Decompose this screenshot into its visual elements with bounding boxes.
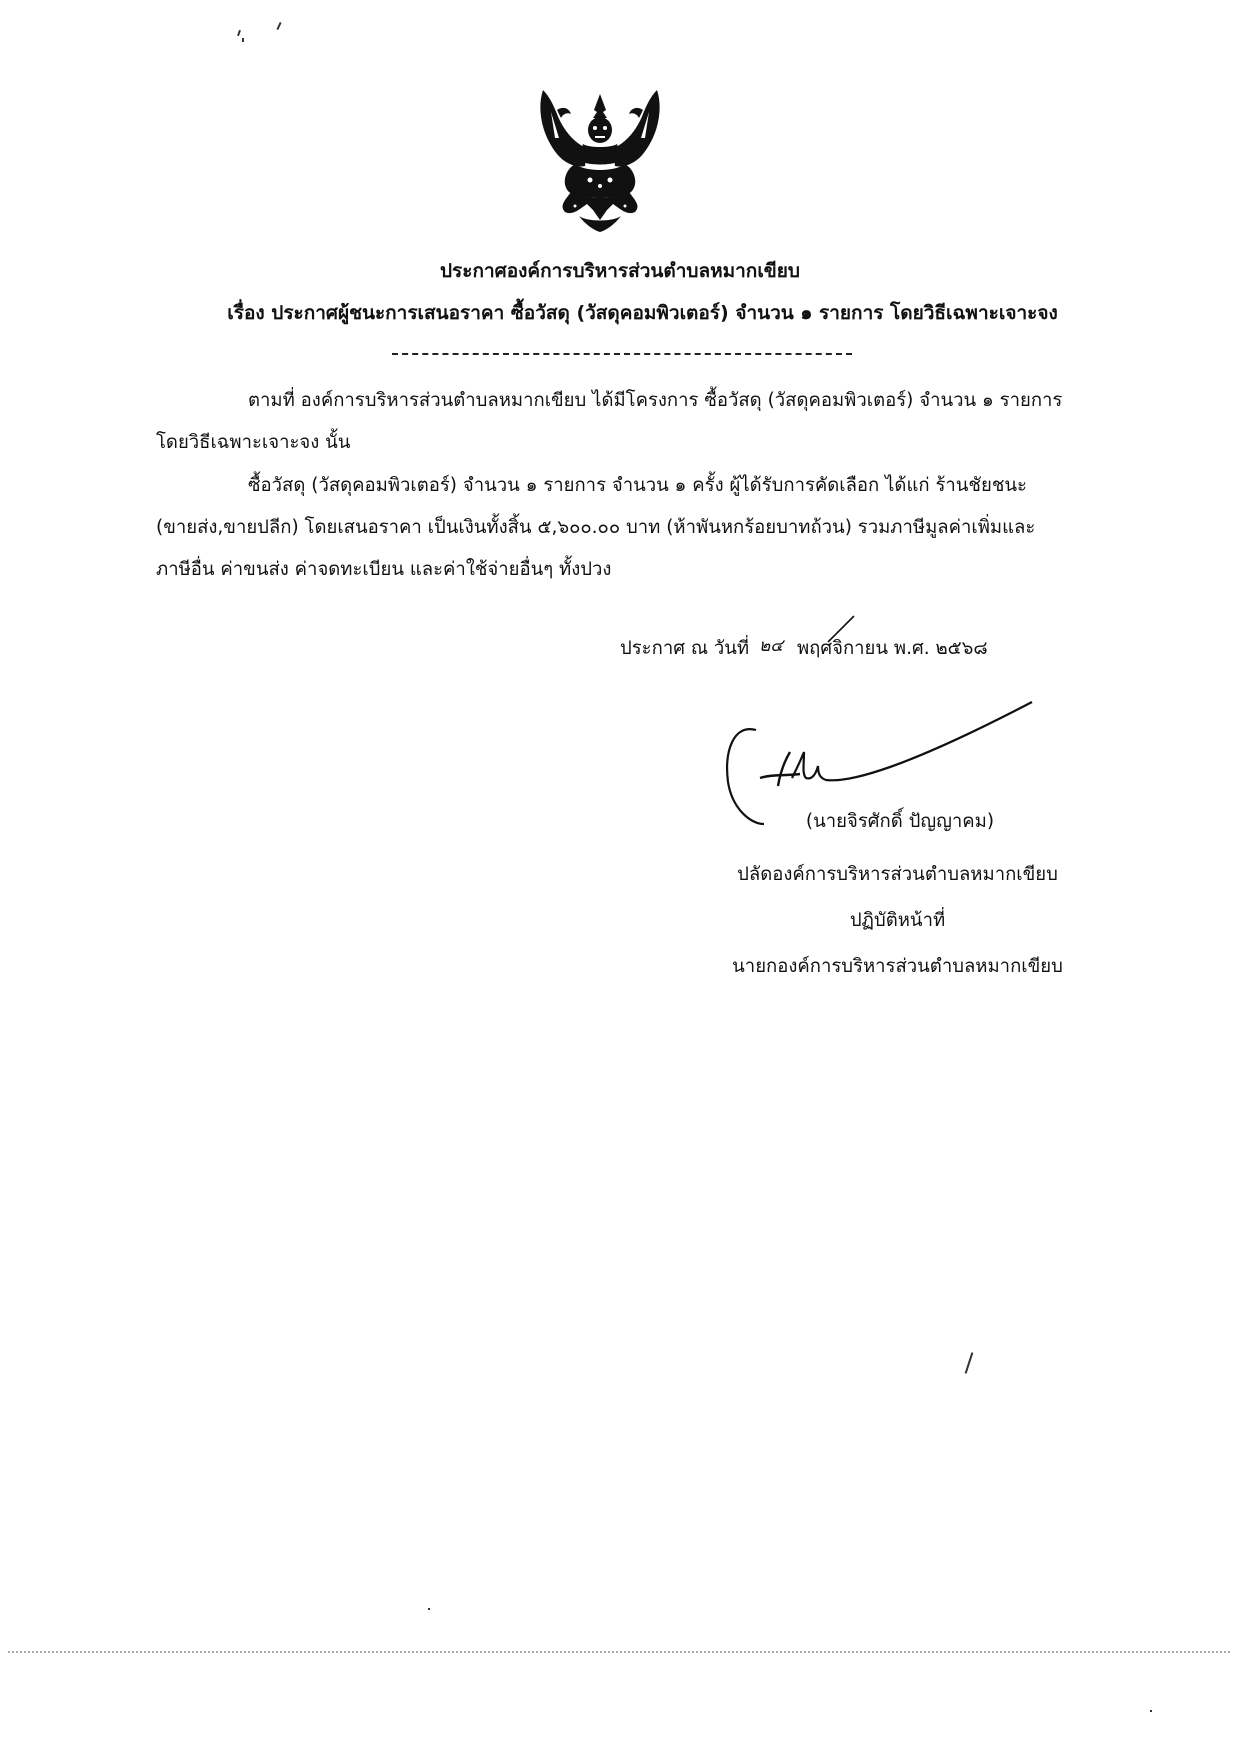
document-page: ประกาศองค์การบริหารส่วนตำบลหมากเขียบ เรื… [0, 0, 1240, 1755]
scan-bottom-artifact [8, 1651, 1230, 1653]
signer-acting-position: นายกองค์การบริหารส่วนตำบลหมากเขียบ [0, 952, 1240, 981]
signer-acting-label: ปฏิบัติหน้าที่ [0, 906, 1240, 935]
body-line-5: ภาษีอื่น ค่าขนส่ง ค่าจดทะเบียน และค่าใช้… [156, 555, 611, 584]
subject-line: เรื่อง ประกาศผู้ชนะการเสนอราคา ซื้อวัสดุ… [0, 298, 1240, 328]
handwritten-stroke-icon [826, 614, 856, 644]
organization-title: ประกาศองค์การบริหารส่วนตำบลหมากเขียบ [0, 256, 1240, 286]
body-line-4: (ขายส่ง,ขายปลีก) โดยเสนอราคา เป็นเงินทั้… [156, 513, 1035, 542]
signer-position: ปลัดองค์การบริหารส่วนตำบลหมากเขียบ [0, 860, 1240, 889]
scan-speck [965, 1352, 974, 1374]
date-prefix: ประกาศ ณ วันที่ [620, 638, 749, 659]
signer-name: (นายจิรศักดิ์ ปัญญาคม) [0, 807, 1240, 836]
garuda-emblem-icon [535, 88, 665, 236]
scan-speck [237, 30, 241, 36]
body-line-1: ตามที่ องค์การบริหารส่วนตำบลหมากเขียบ ได… [248, 386, 1062, 415]
scan-speck [242, 38, 244, 42]
scan-speck [1150, 1710, 1152, 1712]
body-line-2: โดยวิธีเฉพาะเจาะจง นั้น [156, 428, 350, 457]
body-line-3: ซื้อวัสดุ (วัสดุคอมพิวเตอร์) จำนวน ๑ ราย… [248, 471, 1027, 500]
announcement-date: ประกาศ ณ วันที่ ๒๔ พฤศจิกายน พ.ศ. ๒๕๖๘ [620, 634, 988, 663]
date-day-handwritten: ๒๔ [759, 632, 783, 659]
scan-speck [428, 1608, 430, 1610]
header-divider [392, 353, 852, 355]
scan-speck [276, 22, 281, 30]
